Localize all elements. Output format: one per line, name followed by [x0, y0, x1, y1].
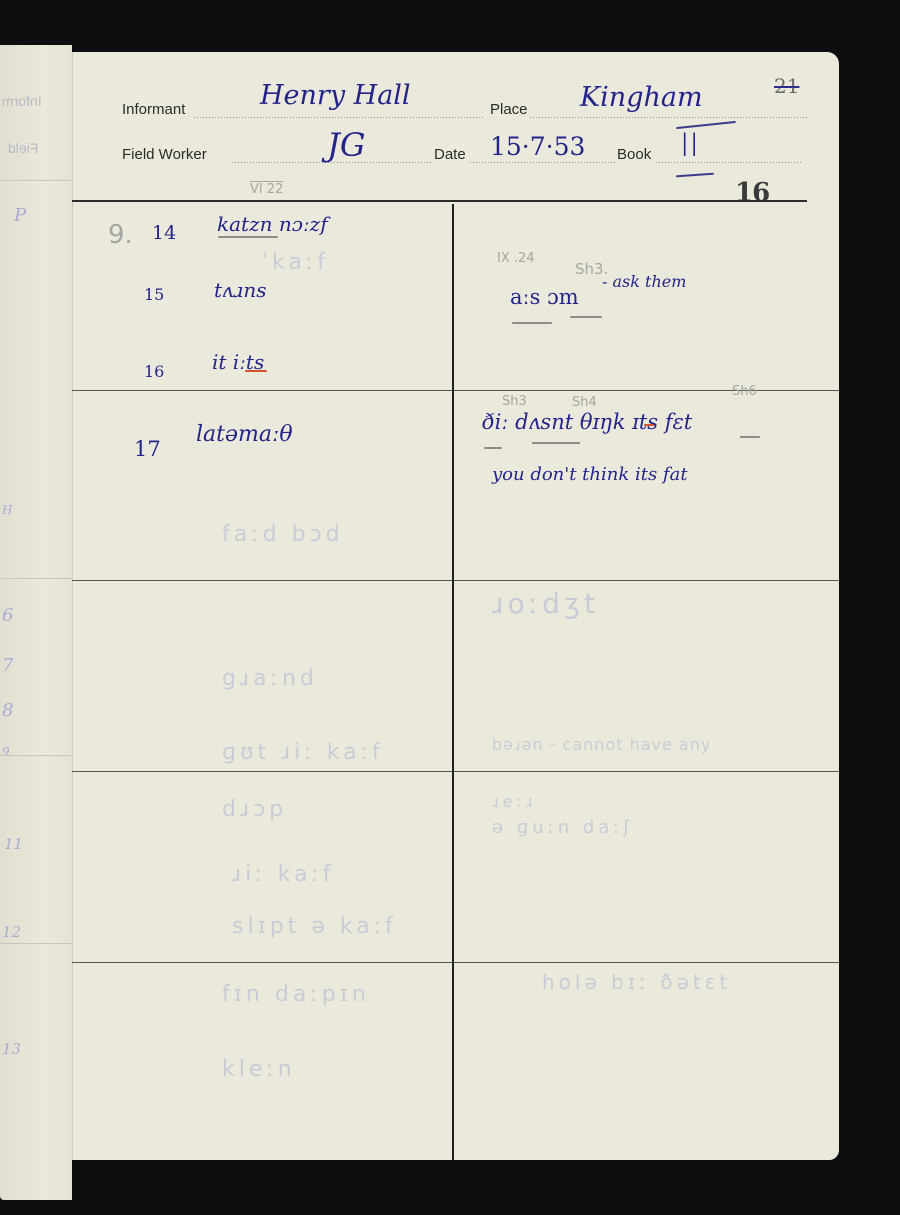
ghost-informant-label: Inform [2, 93, 42, 109]
margin-mark: P [14, 205, 26, 226]
margin-mark: 12 [2, 923, 21, 941]
entry-transcription: katzn nɔːzf [217, 212, 328, 236]
pencil-reference: IX .24 [497, 251, 535, 266]
entry-number: 16 [144, 362, 164, 381]
informant-dotted-line [194, 117, 484, 118]
pencil-reference-header: VI 22 [250, 182, 283, 197]
crossed-page-number: 21 [774, 74, 799, 98]
ghost-rule [0, 180, 72, 181]
header-rule [72, 200, 807, 202]
transcription-underline [644, 424, 654, 426]
row-divider [454, 771, 839, 772]
margin-mark: 6 [2, 605, 13, 626]
margin-mark: 13 [2, 1040, 21, 1058]
transcription-underline [484, 447, 502, 449]
transcription-underline [532, 442, 580, 444]
gutter-perforation [72, 52, 73, 1160]
response-transcription: ðiː dʌsnt θɪŋk ɪts fɛt [482, 410, 692, 434]
pencil-note: Sh4 [572, 395, 597, 410]
field-worker-value: JG [327, 126, 365, 164]
show-through-text: ə ɡuːn daːʃ [492, 817, 633, 838]
informant-value: Henry Hall [260, 80, 411, 111]
transcription-underline [512, 322, 552, 324]
date-dotted-line [470, 162, 615, 163]
row-divider [72, 390, 452, 391]
row-divider [454, 580, 839, 581]
column-divider [452, 204, 454, 1160]
show-through-text: ˈkaːf [262, 250, 329, 275]
place-label: Place [490, 101, 528, 118]
row-divider [72, 962, 452, 963]
field-worker-label: Field Worker [122, 146, 207, 163]
row-divider [454, 962, 839, 963]
section-number: 9. [108, 220, 133, 250]
transcription-underline [740, 436, 760, 438]
entry-number: 15 [144, 285, 164, 304]
show-through-text: faːd bɔd [222, 522, 344, 547]
show-through-text: ɹeːɹ [492, 792, 536, 811]
show-through-text: dɹɔp [222, 797, 287, 822]
entry-transcription: tʌɹns [214, 278, 267, 302]
place-value: Kingham [580, 82, 703, 113]
book-label: Book [617, 146, 651, 163]
margin-mark: H [2, 503, 12, 517]
informant-label: Informant [122, 101, 185, 118]
pencil-note: Sh3 [502, 394, 527, 409]
show-through-text: fɪn daːpɪn [222, 982, 370, 1007]
book-dotted-line [656, 162, 801, 163]
response-comment: - ask them [602, 272, 686, 291]
book-overline [676, 121, 736, 129]
show-through-text: kleːn [222, 1057, 296, 1082]
show-through-text: ɹoːdʒt [492, 587, 599, 620]
transcription-underline [245, 370, 267, 372]
transcription-underline [218, 236, 278, 238]
entry-number: 17 [134, 437, 161, 461]
row-divider [72, 580, 452, 581]
previous-page-edge: Inform Field P H 6 7 8 9 11 12 13 [0, 45, 72, 1200]
margin-mark: 8 [2, 700, 13, 721]
book-value: II [680, 126, 699, 164]
book-underline [676, 173, 714, 178]
show-through-text: slɪpt ə kaːf [232, 914, 397, 939]
response-transcription: aːs ɔm [510, 285, 579, 309]
show-through-text: holə bɪː ðətɛt [542, 970, 731, 994]
date-value: 15·7·53 [490, 132, 585, 161]
show-through-text: ɹiː kaːf [232, 862, 335, 887]
row-divider [454, 390, 839, 391]
place-dotted-line [530, 117, 808, 118]
transcription-underline [570, 316, 602, 318]
stamped-page-number: 16 [735, 178, 769, 208]
entry-number: 14 [152, 222, 176, 244]
show-through-text: ɡʊt ɹiː kaːf [222, 740, 384, 765]
pencil-note: Sh6 [732, 384, 757, 399]
show-through-text: bəɹən - cannot have any [492, 735, 711, 754]
ghost-field-label: Field [8, 140, 38, 156]
row-divider [72, 771, 452, 772]
ghost-rule [0, 943, 72, 944]
margin-mark: 11 [4, 835, 23, 853]
ghost-rule [0, 755, 72, 756]
margin-mark: 7 [2, 655, 13, 676]
date-label: Date [434, 146, 466, 163]
response-gloss: you don't think its fat [492, 464, 688, 485]
notebook-page: Informant Henry Hall Place Kingham 21 Fi… [72, 52, 839, 1160]
entry-transcription: latəmaːθ [196, 422, 293, 447]
margin-mark: 9 [2, 745, 10, 759]
ghost-rule [0, 578, 72, 579]
show-through-text: gɹaːnd [222, 666, 318, 691]
